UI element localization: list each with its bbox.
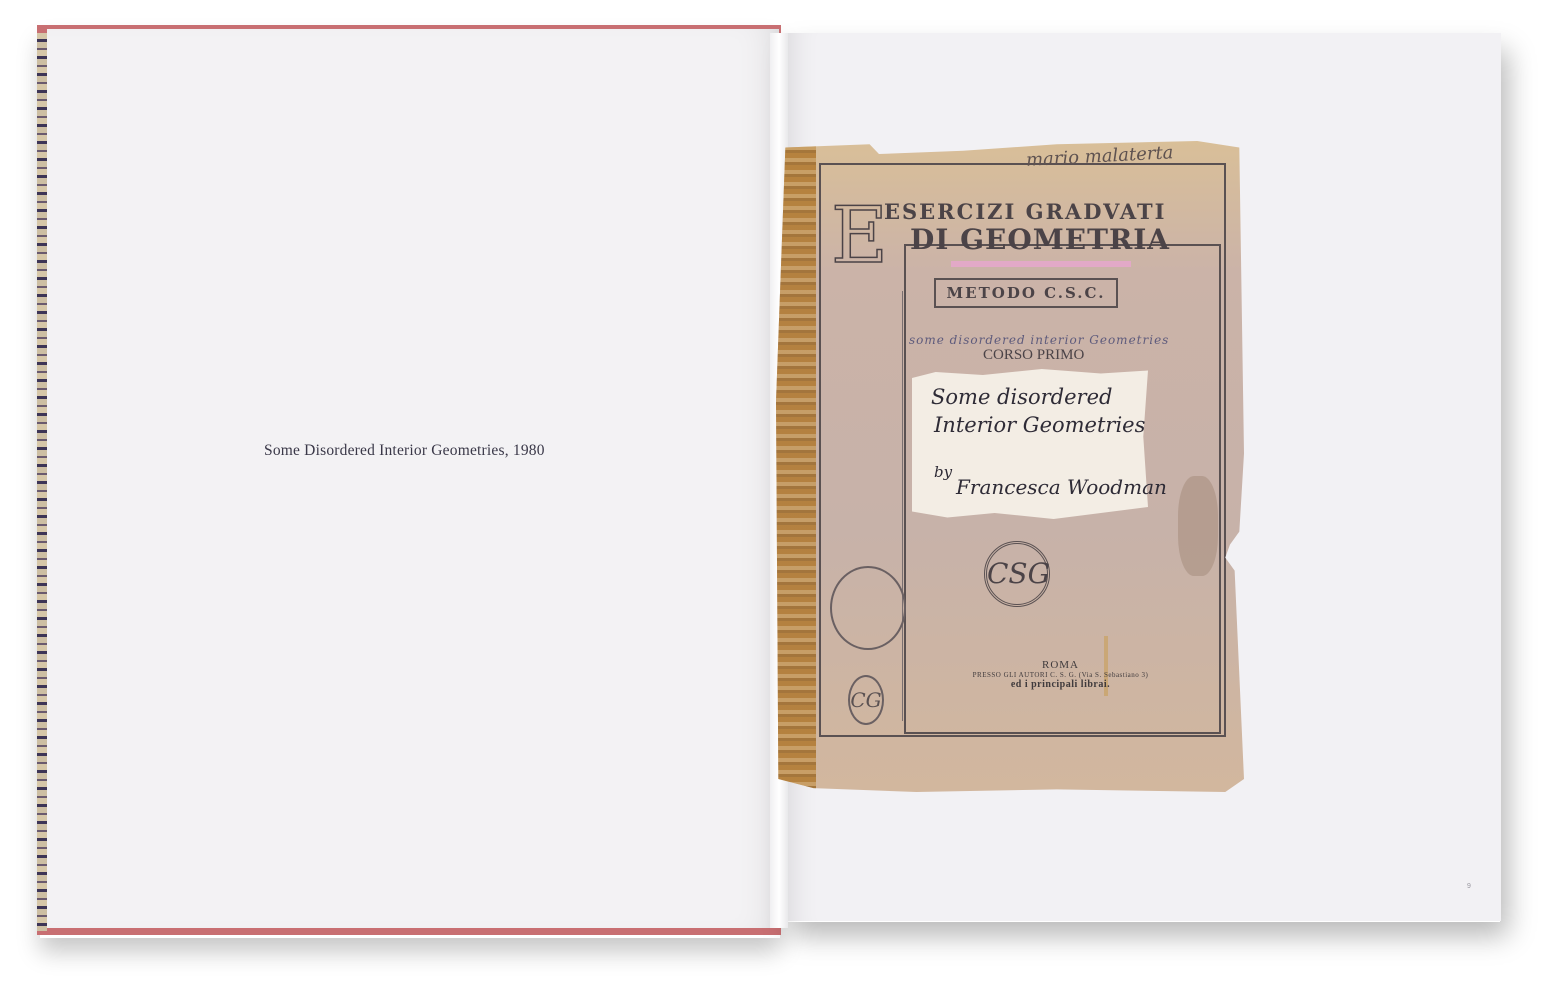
label-by: by xyxy=(934,463,952,481)
left-ornament-column: CG xyxy=(824,291,903,721)
left-page xyxy=(47,29,779,928)
paper-stain xyxy=(1178,476,1218,576)
cherub-medallion xyxy=(830,566,906,650)
handwritten-overline: some disordered interior Geometries xyxy=(909,333,1169,347)
imprint: ROMA PRESSO GLI AUTORI C. S. G. (Via S. … xyxy=(904,659,1217,690)
endpaper-edge xyxy=(37,33,47,931)
pink-highlight-mark xyxy=(951,261,1131,267)
imprint-city: ROMA xyxy=(904,659,1217,671)
notebook-cover-photo: mario malaterta E ESERCIZI GRADVATI DI G… xyxy=(776,141,1244,792)
wreath-monogram: CSG xyxy=(984,541,1050,607)
plate-caption: Some Disordered Interior Geometries, 198… xyxy=(264,442,545,460)
course-label: CORSO PRIMO xyxy=(983,347,1084,364)
printed-title-line1: ESERCIZI GRADVATI xyxy=(884,199,1166,224)
label-line1: Some disordered xyxy=(931,385,1112,409)
decorative-initial: E xyxy=(831,191,888,281)
method-box: METODO C.S.C. xyxy=(934,278,1118,308)
spine-stain xyxy=(776,141,816,792)
printed-title-line2: DI GEOMETRIA xyxy=(910,223,1170,256)
label-line2: Interior Geometries xyxy=(934,413,1145,437)
imprint-sellers: ed i principali librai. xyxy=(904,679,1217,690)
page-number: 9 xyxy=(1467,883,1471,890)
label-author: Francesca Woodman xyxy=(956,475,1167,499)
oval-monogram: CG xyxy=(848,675,884,725)
imprint-publisher: PRESSO GLI AUTORI C. S. G. (Via S. Sebas… xyxy=(904,671,1217,679)
